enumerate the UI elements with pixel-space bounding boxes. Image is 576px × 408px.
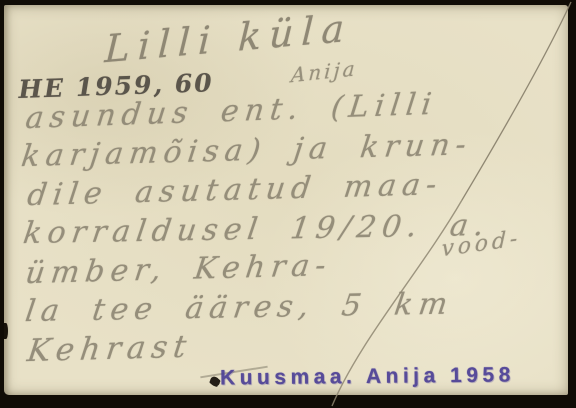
- body-line: Kehrast: [25, 329, 194, 369]
- purple-date-stamp: Kuusmaa. Anija 1958: [220, 363, 515, 390]
- body-line: karjamõisa) ja krun-: [19, 127, 474, 174]
- index-card: Lilli küla HE 1959, 60 Anija asundus ent…: [4, 5, 568, 395]
- annotation-anija: Anija: [290, 56, 358, 87]
- scanned-card-photo: Lilli küla HE 1959, 60 Anija asundus ent…: [0, 0, 576, 408]
- body-line: la tee ääres, 5 km: [23, 287, 456, 330]
- body-line: dile asutatud maa-: [25, 167, 444, 213]
- body-line: korraldusel 19/20. a.: [21, 208, 492, 251]
- body-line: ümber, Kehra-: [23, 248, 333, 291]
- scan-edge-notch: [4, 323, 8, 339]
